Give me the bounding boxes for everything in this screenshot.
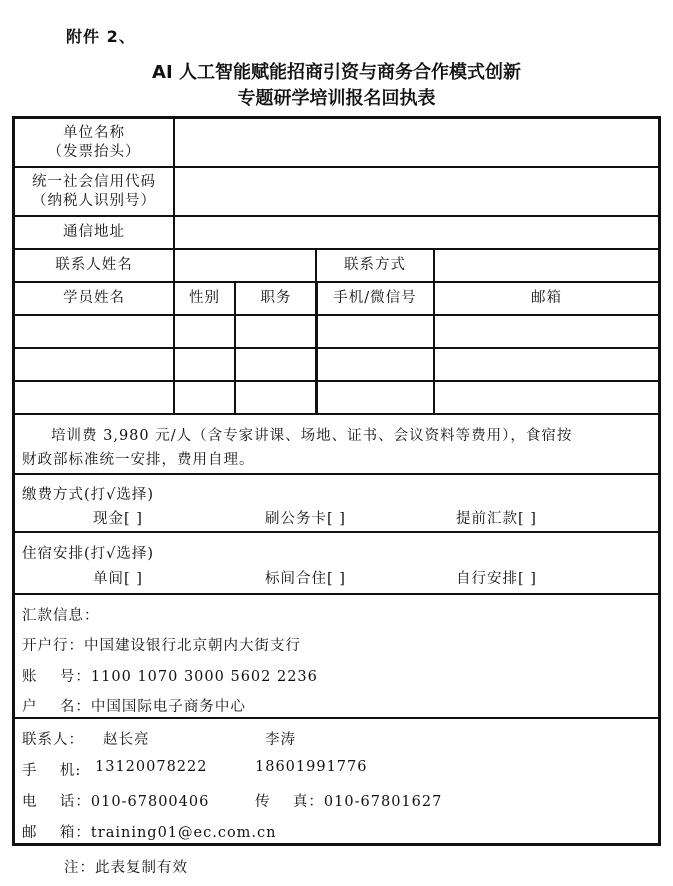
remittance-account-name: 户 名：中国国际电子商务中心 bbox=[22, 695, 246, 716]
col-header-gender: 性别 bbox=[175, 283, 234, 314]
student-3-phone-field[interactable] bbox=[317, 382, 433, 413]
accommodation-option-self[interactable]: 自行安排[ ] bbox=[456, 567, 537, 588]
credit-code-label: 统一社会信用代码 bbox=[32, 173, 156, 192]
payment-method-label: 缴费方式(打√选择) bbox=[22, 483, 154, 504]
contact-method-label: 联系方式 bbox=[317, 250, 433, 281]
col-header-phone-wechat: 手机/微信号 bbox=[317, 283, 433, 314]
contact-email: 邮 箱：training01@ec.com.cn bbox=[22, 821, 277, 842]
student-1-email-field[interactable] bbox=[435, 316, 658, 347]
accommodation-option-single[interactable]: 单间[ ] bbox=[93, 567, 143, 588]
remittance-bank: 开户行：中国建设银行北京朝内大街支行 bbox=[22, 634, 301, 655]
address-label: 通信地址 bbox=[15, 217, 173, 248]
student-3-name-field[interactable] bbox=[15, 382, 173, 413]
contact-method-field[interactable] bbox=[435, 250, 658, 281]
student-3-email-field[interactable] bbox=[435, 382, 658, 413]
col-header-student-name: 学员姓名 bbox=[15, 283, 173, 314]
form-title-line1: AI 人工智能赋能招商引资与商务合作模式创新 bbox=[0, 58, 673, 84]
company-name-field[interactable] bbox=[175, 119, 658, 166]
student-2-gender-field[interactable] bbox=[175, 349, 234, 380]
payment-option-cash[interactable]: 现金[ ] bbox=[93, 507, 143, 528]
mobile-number-2: 18601991776 bbox=[255, 759, 367, 775]
registration-form-table: 单位名称 （发票抬头） 统一社会信用代码 （纳税人识别号） 通信地址 联系人姓名… bbox=[12, 116, 661, 846]
credit-code-sublabel: （纳税人识别号） bbox=[32, 192, 156, 211]
phone-number: 电 话：010-67800406 bbox=[22, 790, 209, 811]
fee-text-line1: 培训费 3,980 元/人（含专家讲课、场地、证书、会议资料等费用），食宿按 bbox=[51, 424, 572, 445]
row-divider bbox=[15, 531, 658, 533]
row-divider bbox=[15, 413, 658, 415]
payment-option-card[interactable]: 刷公务卡[ ] bbox=[265, 507, 346, 528]
credit-code-field[interactable] bbox=[175, 168, 658, 215]
payment-option-transfer[interactable]: 提前汇款[ ] bbox=[456, 507, 537, 528]
address-field[interactable] bbox=[175, 217, 658, 248]
company-name-label-cell: 单位名称 （发票抬头） bbox=[15, 119, 173, 166]
contact-name-field[interactable] bbox=[175, 250, 315, 281]
row-divider bbox=[15, 473, 658, 475]
student-2-position-field[interactable] bbox=[236, 349, 316, 380]
student-3-position-field[interactable] bbox=[236, 382, 316, 413]
attachment-label: 附件 2、 bbox=[66, 24, 136, 47]
company-name-sublabel: （发票抬头） bbox=[48, 143, 141, 162]
student-1-name-field[interactable] bbox=[15, 316, 173, 347]
mobile-number-1: 13120078222 bbox=[95, 759, 207, 775]
student-1-position-field[interactable] bbox=[236, 316, 316, 347]
contacts-label: 联系人： bbox=[22, 728, 84, 749]
student-1-phone-field[interactable] bbox=[317, 316, 433, 347]
col-header-position: 职务 bbox=[236, 283, 316, 314]
contact-person-2: 李涛 bbox=[265, 728, 296, 749]
student-2-phone-field[interactable] bbox=[317, 349, 433, 380]
contact-name-label: 联系人姓名 bbox=[15, 250, 173, 281]
accommodation-option-shared[interactable]: 标间合住[ ] bbox=[265, 567, 346, 588]
student-1-gender-field[interactable] bbox=[175, 316, 234, 347]
remittance-account: 账 号：1100 1070 3000 5602 2236 bbox=[22, 665, 318, 686]
row-divider bbox=[15, 717, 658, 719]
student-3-gender-field[interactable] bbox=[175, 382, 234, 413]
fax-number: 传 真：010-67801627 bbox=[255, 790, 442, 811]
form-title-line2: 专题研学培训报名回执表 bbox=[0, 84, 673, 110]
fee-text-line2: 财政部标准统一安排，费用自理。 bbox=[22, 448, 255, 469]
company-name-label: 单位名称 bbox=[63, 124, 125, 143]
student-2-email-field[interactable] bbox=[435, 349, 658, 380]
footer-note: 注：此表复制有效 bbox=[64, 856, 188, 877]
accommodation-label: 住宿安排(打√选择) bbox=[22, 542, 154, 563]
mobile-label: 手 机: bbox=[22, 759, 81, 780]
remittance-title: 汇款信息： bbox=[22, 604, 100, 625]
col-header-email: 邮箱 bbox=[435, 283, 658, 314]
credit-code-label-cell: 统一社会信用代码 （纳税人识别号） bbox=[15, 168, 173, 215]
row-divider bbox=[15, 593, 658, 595]
contact-person-1: 赵长亮 bbox=[103, 728, 150, 749]
student-2-name-field[interactable] bbox=[15, 349, 173, 380]
